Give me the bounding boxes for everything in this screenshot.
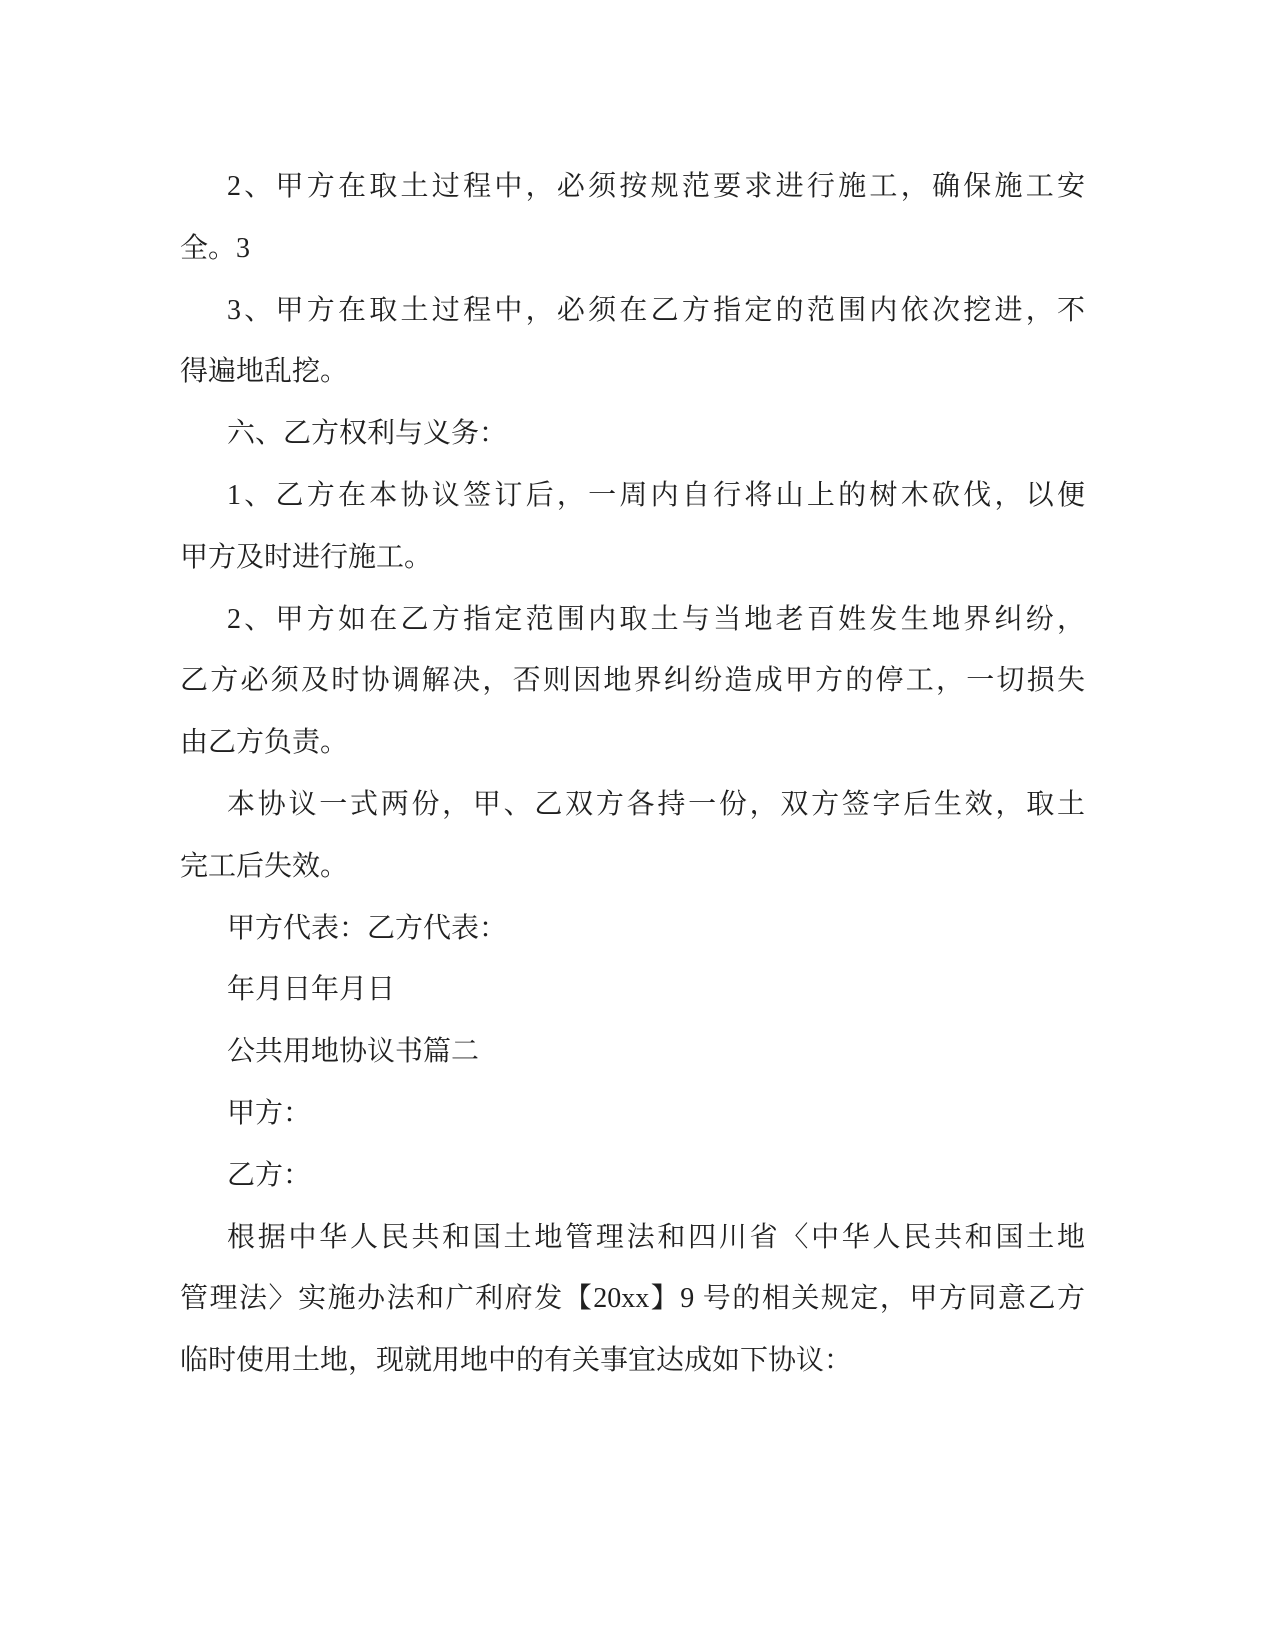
text-line: 根据中华人民共和国土地管理法和四川省〈中华人民共和国土地: [180, 1207, 1085, 1269]
text-line: 管理法〉实施办法和广利府发【20xx】9 号的相关规定，甲方同意乙方: [180, 1268, 1085, 1330]
text-line: 六、乙方权利与义务：: [180, 403, 1085, 465]
text-line: 3、甲方在取土过程中，必须在乙方指定的范围内依次挖进，不: [180, 280, 1085, 342]
text-line: 2、甲方在取土过程中，必须按规范要求进行施工，确保施工安: [180, 156, 1085, 218]
text-line: 年月日年月日: [180, 959, 1085, 1021]
text-line: 甲方：: [180, 1083, 1085, 1145]
document-page: 2、甲方在取土过程中，必须按规范要求进行施工，确保施工安 全。3 3、甲方在取土…: [0, 0, 1275, 1650]
text-line: 乙方必须及时协调解决，否则因地界纠纷造成甲方的停工，一切损失: [180, 650, 1085, 712]
text-line: 得遍地乱挖。: [180, 341, 1085, 403]
text-line: 完工后失效。: [180, 836, 1085, 898]
text-line: 全。3: [180, 218, 1085, 280]
text-line: 公共用地协议书篇二: [180, 1021, 1085, 1083]
text-line: 临时使用土地，现就用地中的有关事宜达成如下协议：: [180, 1330, 1085, 1392]
text-line: 甲方及时进行施工。: [180, 527, 1085, 589]
document-body: 2、甲方在取土过程中，必须按规范要求进行施工，确保施工安 全。3 3、甲方在取土…: [180, 156, 1085, 1392]
text-line: 1、乙方在本协议签订后，一周内自行将山上的树木砍伐，以便: [180, 465, 1085, 527]
text-line: 本协议一式两份，甲、乙双方各持一份，双方签字后生效，取土: [180, 774, 1085, 836]
text-line: 2、甲方如在乙方指定范围内取土与当地老百姓发生地界纠纷，: [180, 589, 1085, 651]
text-line: 乙方：: [180, 1145, 1085, 1207]
text-line: 甲方代表：乙方代表：: [180, 898, 1085, 960]
text-line: 由乙方负责。: [180, 712, 1085, 774]
